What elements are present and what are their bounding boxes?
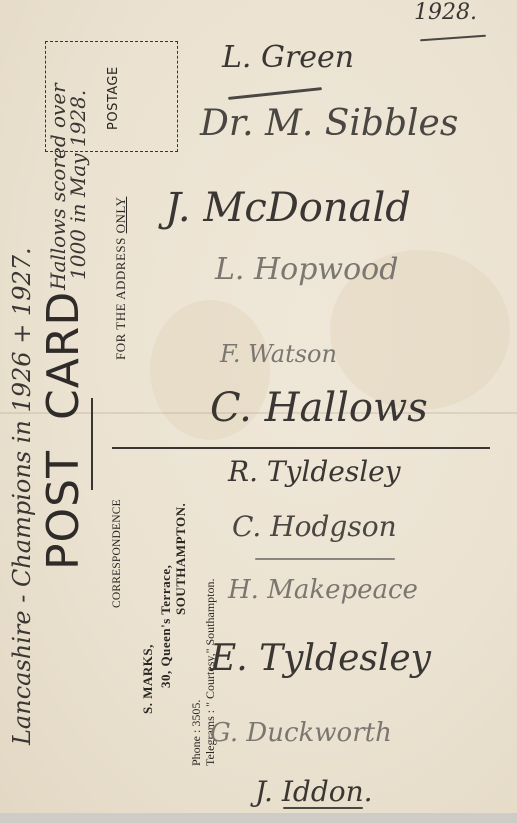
note-may-1928: 1000 in May 1928. bbox=[66, 90, 90, 280]
signature: E. Tyldesley bbox=[210, 638, 431, 679]
signature: C. Hodgson bbox=[232, 510, 397, 543]
signature: L. Green bbox=[222, 40, 354, 75]
title-divider bbox=[91, 398, 93, 490]
publisher-phone: Phone : 3505. bbox=[189, 700, 204, 766]
title-card: CARD bbox=[38, 291, 89, 420]
signature: C. Hallows bbox=[210, 385, 428, 431]
publisher-address: 30, Queen's Terrace, bbox=[158, 565, 174, 688]
year-annotation: 1928. bbox=[414, 0, 477, 25]
signature: L. Hopwood bbox=[215, 252, 398, 287]
signature: J. McDonald bbox=[165, 185, 411, 231]
signature: Dr. M. Sibbles bbox=[200, 103, 458, 144]
address-note-text: FOR THE ADDRESS bbox=[113, 233, 128, 360]
signature-underline bbox=[283, 807, 363, 809]
title-post: POST bbox=[38, 450, 89, 570]
signature: F. Watson bbox=[220, 340, 337, 368]
postcard-back: POSTAGE POST CARD FOR THE ADDRESS ONLY C… bbox=[0, 0, 517, 813]
postage-label: POSTAGE bbox=[106, 66, 121, 130]
signature: J. Iddon. bbox=[255, 775, 373, 808]
address-divider-line bbox=[112, 447, 490, 449]
post-card-title: POST CARD bbox=[38, 291, 89, 570]
signature: H. Makepeace bbox=[228, 575, 418, 605]
address-note-only: ONLY bbox=[113, 197, 128, 234]
address-only-note: FOR THE ADDRESS ONLY bbox=[113, 197, 129, 360]
correspondence-label: CORRESPONDENCE bbox=[111, 499, 123, 608]
signature: R. Tyldesley bbox=[228, 455, 401, 488]
publisher-name: S. MARKS, bbox=[140, 644, 156, 714]
scan-border bbox=[0, 813, 517, 823]
publisher-city: SOUTHAMPTON. bbox=[173, 503, 189, 615]
signature-underline bbox=[255, 558, 395, 560]
signature-underline bbox=[228, 87, 322, 100]
signature: G. Duckworth bbox=[210, 718, 392, 748]
year-underline bbox=[420, 35, 486, 41]
note-champions: Lancashire - Champions in 1926 + 1927. bbox=[8, 247, 36, 745]
